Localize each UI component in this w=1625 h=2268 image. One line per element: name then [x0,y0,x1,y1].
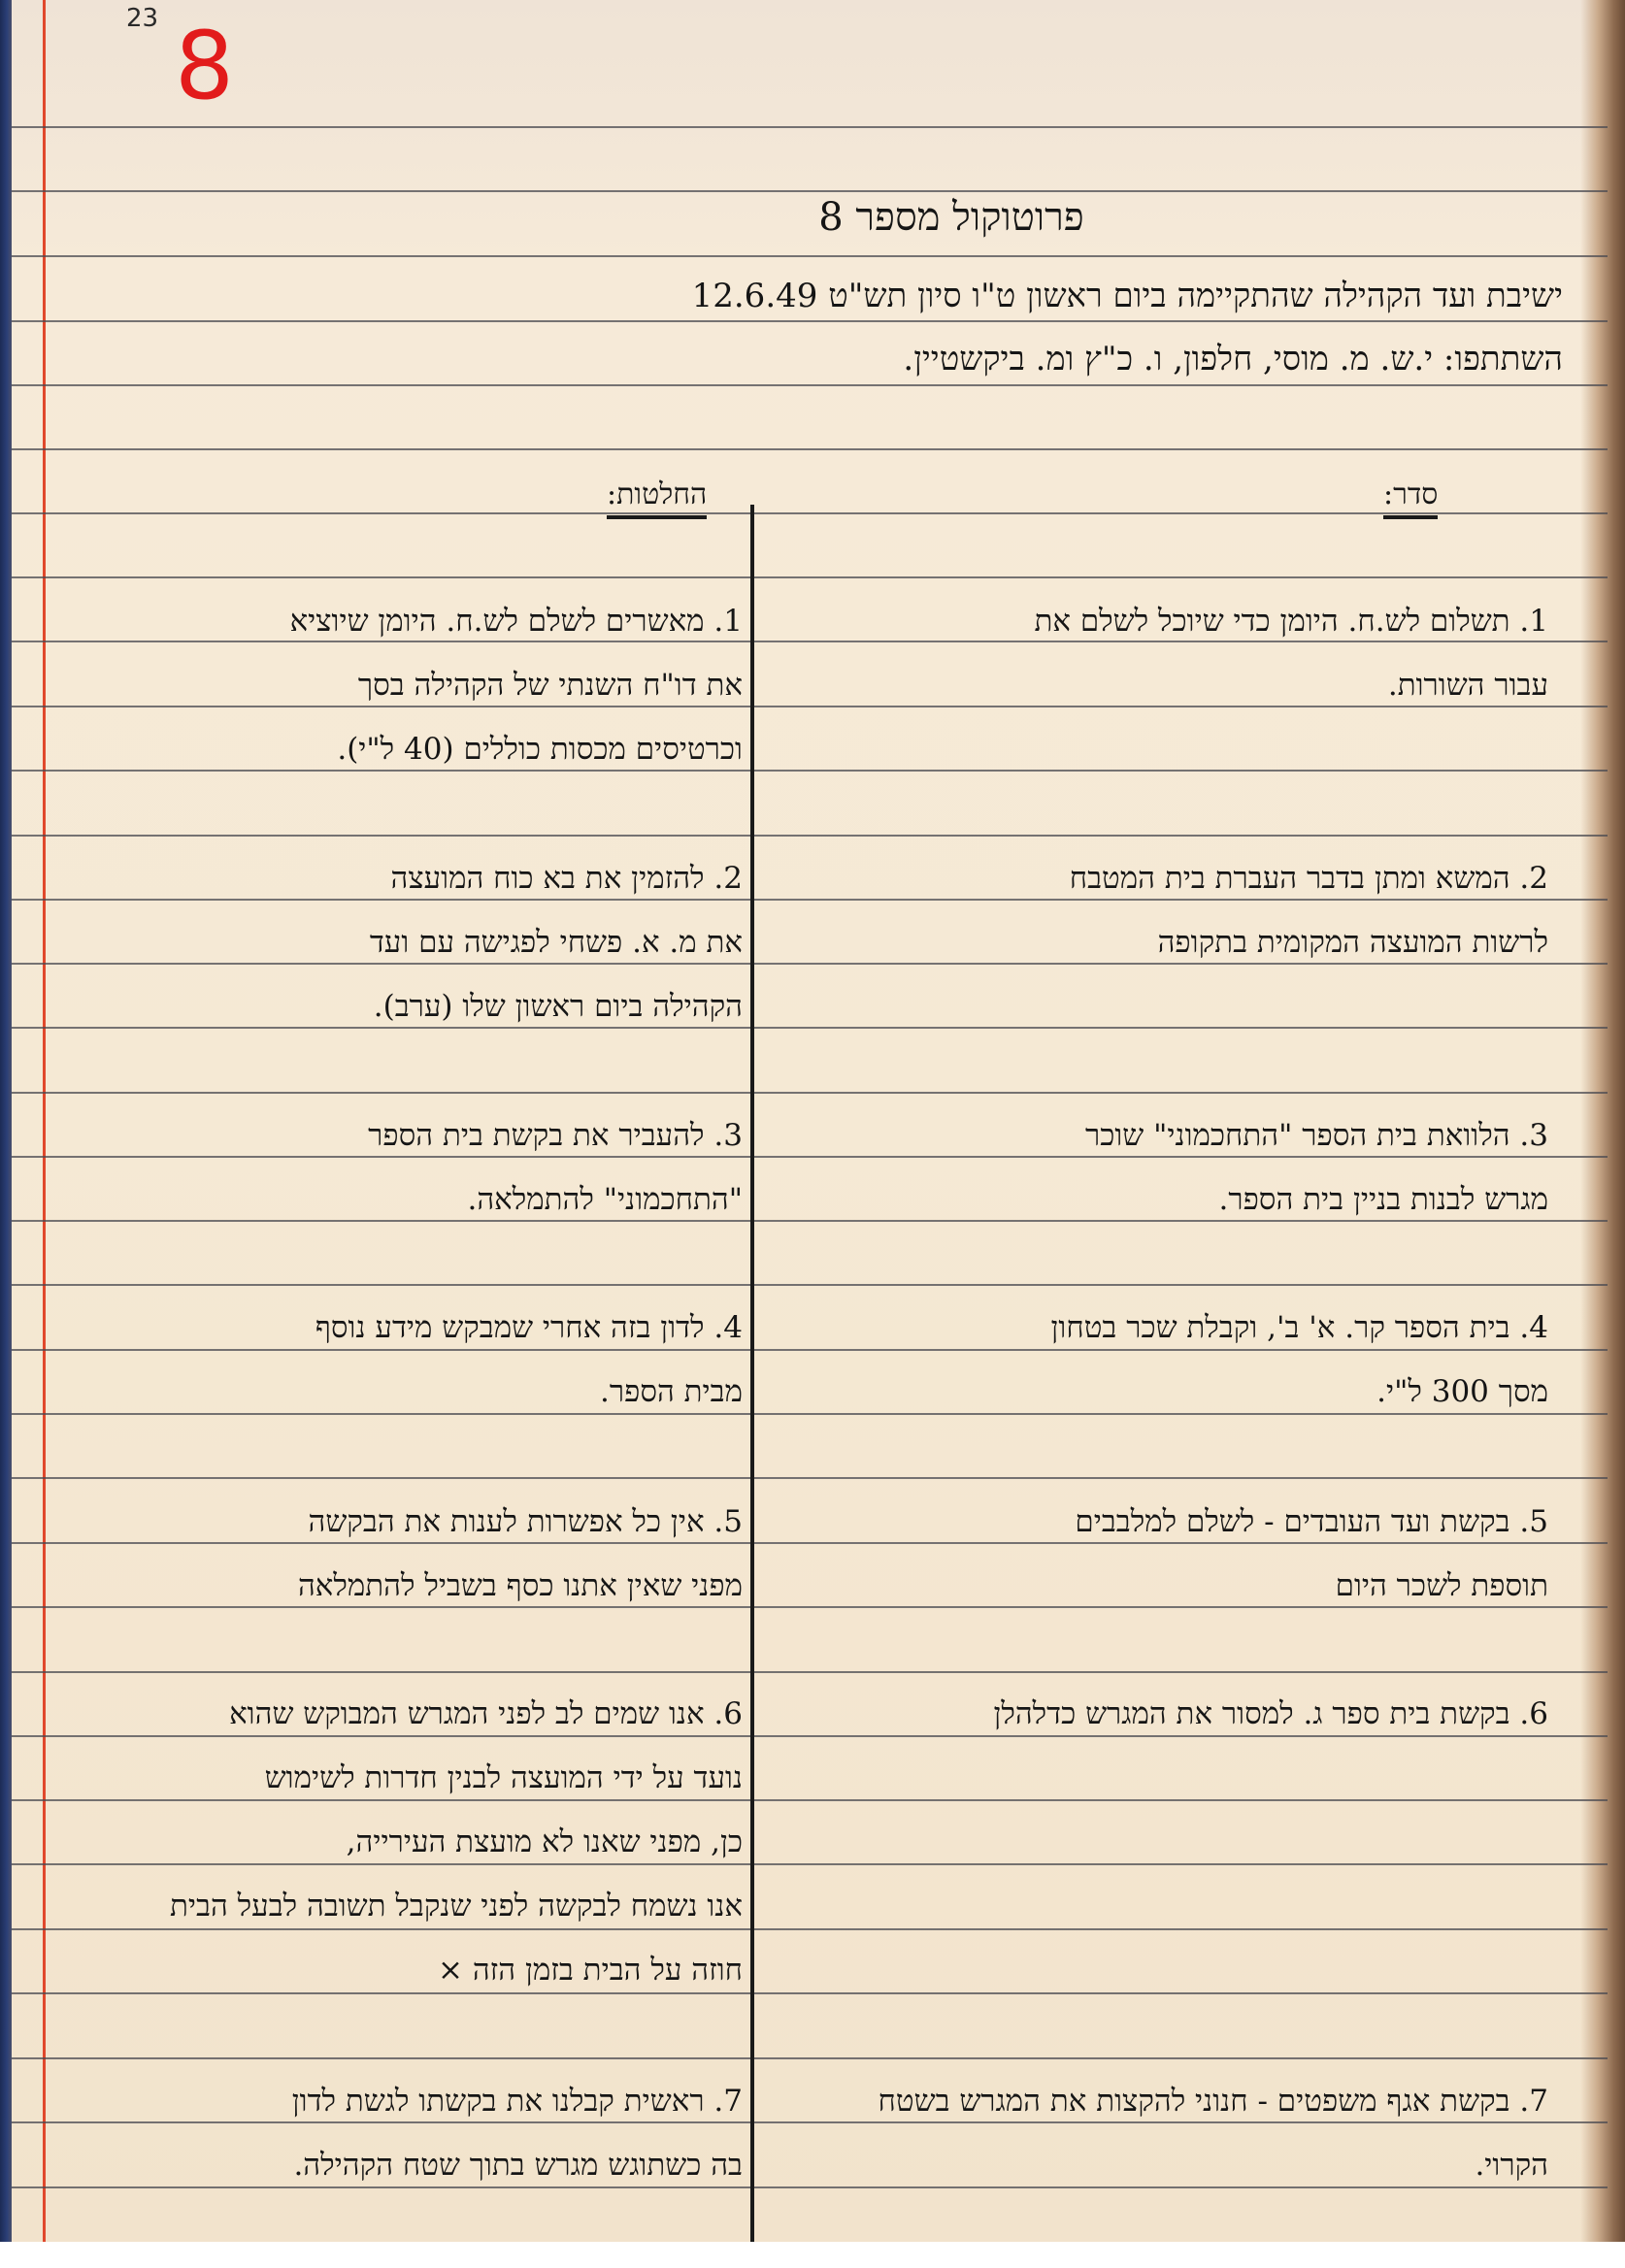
ruled-line [12,255,1608,257]
decision-item-1: 1. מאשרים לשלם לש.ח. היומן שיוציא את דו"… [92,589,743,781]
ruled-line [12,512,1608,514]
decisions-column-header: החלטות: [607,477,707,519]
decision-item-line: את מ. א. פשחי לפגישה עם ועד [92,910,743,974]
protocol-title: פרוטוקול מספר 8 [680,194,1223,240]
agenda-item-line: לרשות המועצה המקומית בתקופה [777,910,1548,974]
page-shadow-edge [1580,0,1625,2242]
decision-item-line: את דו"ח השנתי של הקהילה בסך [92,653,743,717]
ruled-line [12,576,1608,578]
decision-item-line: 6. אנו שמים לב לפני המגרש המבוקש שהוא [92,1682,743,1746]
agenda-item-line: 6. בקשת בית ספר ג. למסור את המגרש כדלהלן [777,1682,1548,1746]
ruled-line [12,2057,1608,2059]
decision-item-6: 6. אנו שמים לב לפני המגרש המבוקש שהוא נו… [92,1682,743,2002]
decision-item-line: כן, מפני שאנו לא מועצת העירייה, [92,1810,743,1874]
agenda-item-5: 5. בקשת ועד העובדים - לשלם למלבבים תוספת… [777,1490,1548,1618]
agenda-item-line: 1. תשלום לש.ח. היומן כדי שיוכל לשלם את [777,589,1548,653]
ruled-line [12,190,1608,192]
decision-item-line: 1. מאשרים לשלם לש.ח. היומן שיוציא [92,589,743,653]
ruled-line [12,835,1608,837]
ruled-line [12,320,1608,322]
decision-item-line: 3. להעביר את בקשת בית הספר [92,1103,743,1167]
agenda-item-2: 2. המשא ומתן בדבר העברת בית המטבח לרשות … [777,846,1548,974]
meeting-description: ישיבת ועד הקהילה שהתקיימה ביום ראשון ט"ו… [349,277,1563,315]
decision-item-5: 5. אין כל אפשרות לענות את הבקשה מפני שאי… [92,1490,743,1618]
ruled-line [12,1671,1608,1673]
agenda-item-3: 3. הלוואת בית הספר "התחכמוני" שוכר מגרש … [777,1103,1548,1232]
agenda-column-header: סדר: [1383,477,1438,519]
decision-item-line: 2. להזמין את בא כוח המועצה [92,846,743,910]
agenda-item-7: 7. בקשת אגף משפטים - חנוני להקצות את המג… [777,2069,1548,2197]
agenda-item-line: תוספת לשכר היום [777,1554,1548,1618]
decision-item-line: נועד על ידי המועצה לבנין חדרות לשימוש [92,1746,743,1810]
ruled-line [12,126,1608,128]
column-divider [750,505,754,2242]
decision-item-line: 4. לדון בזה אחרי שמבקש מידע נוסף [92,1296,743,1360]
decision-item-line: "התחכמוני" להתמלאה. [92,1167,743,1232]
ruled-line [12,1092,1608,1094]
agenda-item-line: הקרוי. [777,2133,1548,2197]
agenda-item-6: 6. בקשת בית ספר ג. למסור את המגרש כדלהלן [777,1682,1548,1746]
ruled-line [12,448,1608,450]
agenda-item-line: עבור השורות. [777,653,1548,717]
decision-item-line: 7. ראשית קבלנו את בקשתו לגשת לדון [92,2069,743,2133]
agenda-item-line: מסך 300 ל"י. [777,1360,1548,1424]
archive-number: 23 [126,4,158,33]
decision-item-line: 5. אין כל אפשרות לענות את הבקשה [92,1490,743,1554]
agenda-item-line: 2. המשא ומתן בדבר העברת בית המטבח [777,846,1548,910]
agenda-item-4: 4. בית הספר קר. א' ב', וקבלת שכר בטחון מ… [777,1296,1548,1424]
decision-item-line: אנו נשמח לבקשה לפני שנקבל תשובה לבעל הבי… [92,1874,743,1938]
notebook-binding-edge [0,0,12,2242]
decision-item-2: 2. להזמין את בא כוח המועצה את מ. א. פשחי… [92,846,743,1038]
agenda-item-line: 4. בית הספר קר. א' ב', וקבלת שכר בטחון [777,1296,1548,1360]
decision-item-line: הקהילה ביום ראשון שלו (ערב). [92,974,743,1038]
scanned-notebook-page: 23 8 פרוטוקול מספר 8 ישיבת ועד הקהילה שה… [0,0,1625,2242]
agenda-item-1: 1. תשלום לש.ח. היומן כדי שיוכל לשלם את ע… [777,589,1548,717]
agenda-item-line: 5. בקשת ועד העובדים - לשלם למלבבים [777,1490,1548,1554]
decision-item-line: בה כשתוגש מגרש בתוך שטח הקהילה. [92,2133,743,2197]
ruled-line [12,384,1608,386]
ruled-line [12,1284,1608,1286]
participants-list: השתתפו: י.ש. מ. מוסי, חלפון, ו. כ"ץ ומ. … [485,340,1563,378]
agenda-item-line: 7. בקשת אגף משפטים - חנוני להקצות את המג… [777,2069,1548,2133]
decision-item-4: 4. לדון בזה אחרי שמבקש מידע נוסף מבית הס… [92,1296,743,1424]
decision-item-3: 3. להעביר את בקשת בית הספר "התחכמוני" לה… [92,1103,743,1232]
ruled-line [12,1477,1608,1479]
red-page-number: 8 [175,19,234,113]
agenda-item-line: 3. הלוואת בית הספר "התחכמוני" שוכר [777,1103,1548,1167]
agenda-item-line: מגרש לבנות בניין בית הספר. [777,1167,1548,1232]
decision-item-line: וכרטיסים מכסות כוללים (40 ל"י). [92,717,743,781]
decision-item-line: חוזה על הבית בזמן הזה × [92,1938,743,2002]
red-margin-line [43,0,46,2242]
decision-item-line: מבית הספר. [92,1360,743,1424]
decision-item-line: מפני שאין אתנו כסף בשביל להתמלאה [92,1554,743,1618]
decision-item-7: 7. ראשית קבלנו את בקשתו לגשת לדון בה כשת… [92,2069,743,2197]
